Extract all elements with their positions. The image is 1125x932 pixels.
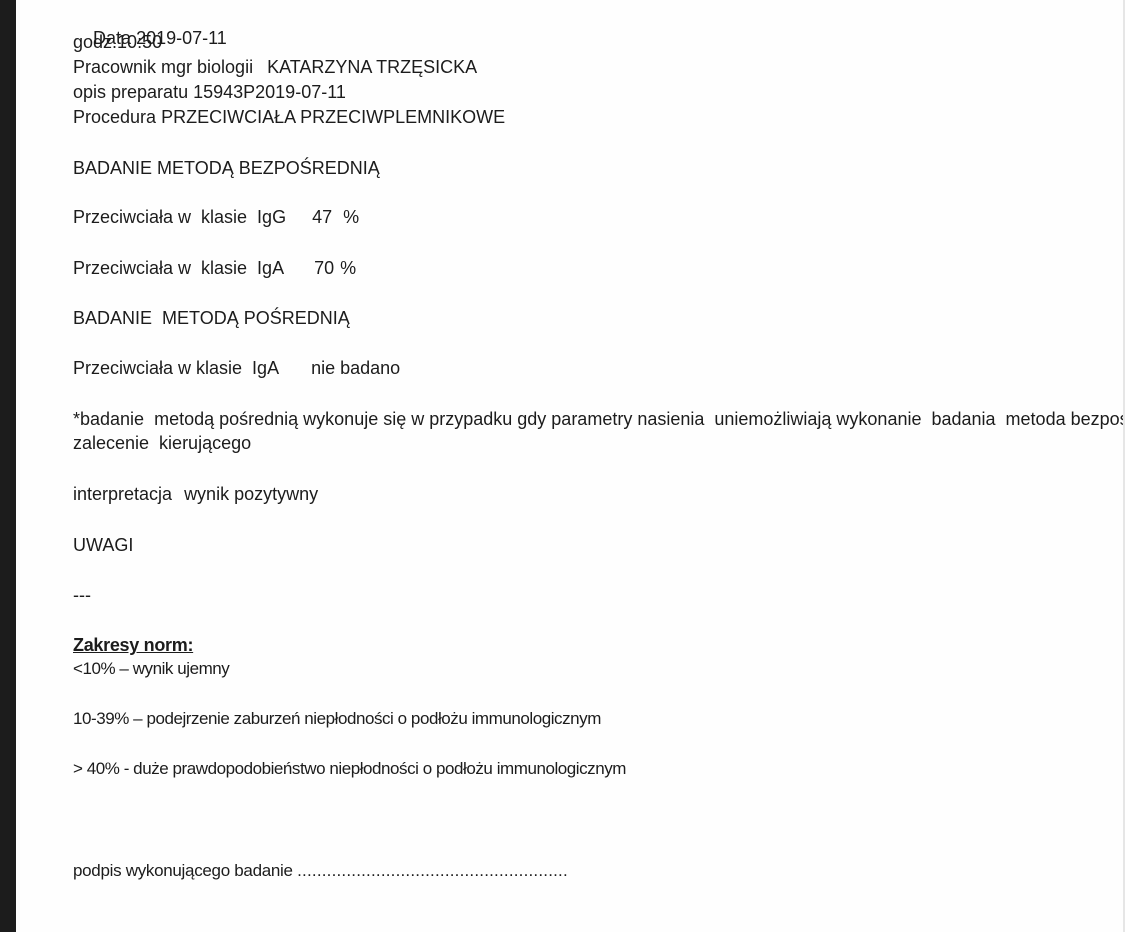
viewer-left-border (0, 0, 16, 932)
result-label: Przeciwciała w klasie IgA (73, 358, 279, 378)
employee-label: Pracownik mgr biologii (73, 57, 253, 77)
sample-value: 15943P2019-07-11 (193, 82, 346, 102)
result-label: Przeciwciała w klasie IgG (73, 207, 286, 227)
result-label: Przeciwciała w klasie IgA (73, 258, 284, 278)
result-value: 70 (314, 258, 334, 278)
interpretation-line: interpretacjawynik pozytywny (73, 483, 318, 505)
norm-item-suspected: 10-39% – podejrzenie zaburzeń niepłodnoś… (73, 708, 601, 730)
sample-label: opis preparatu (73, 82, 188, 102)
result-row-indirect-iga: Przeciwciała w klasie IgAnie badano (73, 357, 400, 379)
remarks-label: UWAGI (73, 534, 133, 556)
result-row-igg: Przeciwciała w klasie IgG47% (73, 206, 359, 228)
procedure-value: PRZECIWCIAŁA PRZECIWPLEMNIKOWE (161, 107, 505, 127)
document-page: Data 2019-07-11 godz.10:50 Pracownik mgr… (16, 0, 1123, 932)
time-line: godz.10:50 (73, 31, 162, 53)
time-value: 10:50 (117, 32, 162, 52)
footnote-line-2: zalecenie kierującego (73, 432, 251, 454)
time-label: godz. (73, 32, 117, 52)
norm-item-negative: <10% – wynik ujemny (73, 658, 229, 680)
interpretation-label: interpretacja (73, 484, 172, 504)
sample-line: opis preparatu 15943P2019-07-11 (73, 81, 346, 103)
interpretation-value: wynik pozytywny (184, 484, 318, 504)
result-unit: % (340, 258, 356, 278)
employee-line: Pracownik mgr biologiiKATARZYNA TRZĘSICK… (73, 56, 477, 78)
procedure-line: Procedura PRZECIWCIAŁA PRZECIWPLEMNIKOWE (73, 106, 505, 128)
signature-label: podpis wykonującego badanie (73, 861, 293, 880)
procedure-label: Procedura (73, 107, 156, 127)
remarks-value: --- (73, 584, 91, 606)
result-row-iga: Przeciwciała w klasie IgA70% (73, 257, 356, 279)
result-value: nie badano (311, 358, 400, 378)
footnote-line-1: *badanie metodą pośrednią wykonuje się w… (73, 408, 1123, 430)
result-unit: % (343, 207, 359, 227)
employee-name: KATARZYNA TRZĘSICKA (267, 57, 477, 77)
norms-heading: Zakresy norm: (73, 634, 193, 656)
indirect-method-heading: BADANIE METODĄ POŚREDNIĄ (73, 307, 350, 329)
result-value: 47 (312, 207, 332, 227)
direct-method-heading: BADANIE METODĄ BEZPOŚREDNIĄ (73, 157, 380, 179)
signature-line: podpis wykonującego badanie ............… (73, 860, 568, 882)
norm-item-high-probability: > 40% - duże prawdopodobieństwo niepłodn… (73, 758, 626, 780)
signature-field: ........................................… (297, 861, 568, 880)
